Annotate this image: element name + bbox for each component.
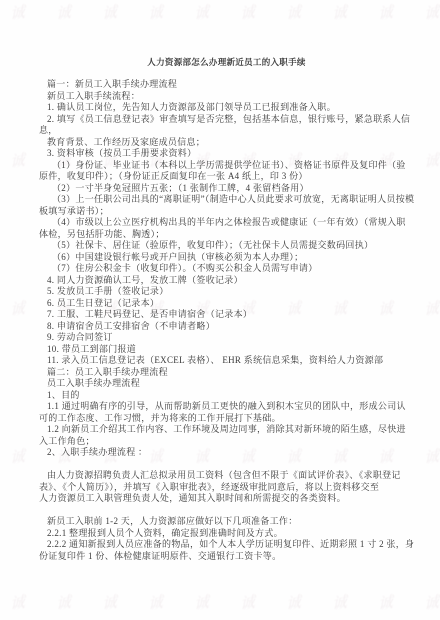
document-content: 人力资源部怎么办理新近员工的入职手续 篇一：新员工入职手续办理流程新员工入职手续… [0, 56, 440, 562]
watermark-glyph: 诚 [378, 1, 394, 25]
text-line: （2）一寸半身免冠照片五张；（1 张制作工牌，4 张留档备用） [31, 183, 422, 195]
text-line: 2.2.1 整理报到人员个人资料，确定报到准确时间及方式。 [31, 528, 422, 540]
text-line: 11. 录入员工信息登记表（EXCEL 表格）、 EHR 系统信息采集，资料给人… [31, 355, 422, 367]
text-line: 5. 发放员工手册（签收记录） [31, 286, 422, 298]
text-line: 教育背景、工作经历及家庭成员信息； [31, 137, 422, 149]
text-line: 体检，另包括肝功能、胸透）； [31, 229, 422, 241]
text-line: （4）市级以上公立医疗机构出具的半年内之体检报告或健康证（一年有效）（常规入职 [31, 217, 422, 229]
text-line: 1、目的 [31, 390, 422, 402]
text-line: 表》、《个人简历》），并填写《入职审批表》，经逐级审批同意后，将以上资料移交至 [31, 482, 422, 494]
text-line: 新员工入职手续流程： [31, 91, 422, 103]
text-line: 6. 员工生日登记（记录本） [31, 298, 422, 310]
text-line: 入工作角色； [31, 436, 422, 448]
text-line: 原件，收复印件）；（身份证正反面复印在一张 A4 纸上，印 3 份） [31, 171, 422, 183]
watermark-glyph: 诚 [378, 591, 394, 615]
text-line: 人力资源员工入职管理负责人处，通知其入职时间和所需提交的各类资料。 [31, 493, 422, 505]
text-line: 1.2 向新员工介绍其工作内容、工作环境及周边同事，消除其对新环境的陌生感，尽快… [31, 424, 422, 436]
text-line: 8. 申请宿舍员工安排宿舍（不申请者略） [31, 321, 422, 333]
text-line: （7）住房公积金卡（收复印件）。（不购买公积金人员需写申请） [31, 263, 422, 275]
watermark-glyph: 诚 [56, 1, 72, 25]
blank-line [31, 459, 422, 471]
watermark-glyph: 诚 [148, 591, 164, 615]
text-line: 息， [31, 125, 422, 137]
text-line: 篇二：员工入职手续办理流程 [31, 367, 422, 379]
text-line: 4. 同人力资源确认工号，发放工牌（签收记录） [31, 275, 422, 287]
text-line: 2、入职手续办理流程 ： [31, 447, 422, 459]
watermark-glyph: 诚 [102, 591, 118, 615]
text-line: （6）中国建设银行帐号或开户回执（审核必须为本人办理）； [31, 252, 422, 264]
document-title: 人力资源部怎么办理新近员工的入职手续 [31, 56, 422, 68]
watermark-glyph: 诚 [424, 591, 440, 615]
document-page: 诚诚诚诚诚诚诚诚诚诚诚诚诚诚诚诚诚诚诚诚诚诚诚诚诚诚诚诚诚诚诚诚诚诚诚诚诚诚诚诚… [0, 0, 440, 620]
text-line: 板填写承诺书）； [31, 206, 422, 218]
watermark-glyph: 诚 [102, 1, 118, 25]
watermark-glyph: 诚 [286, 591, 302, 615]
text-line: 由人力资源招聘负责人汇总拟录用员工资料（包含但不限于《面试评价表》、《求职登记 [31, 470, 422, 482]
text-line: （3）上一任职公司出具的“离职证明”（制造中心人员此要求可放宽，无离职证明人员按… [31, 194, 422, 206]
watermark-glyph: 诚 [240, 1, 256, 25]
text-line: 份证复印件 1 份、体检健康证明原件、交通银行工资卡等。 [31, 551, 422, 563]
text-line: 员工入职手续办理流程 [31, 378, 422, 390]
text-line: 10. 带员工到部门报道 [31, 344, 422, 356]
text-line: （1）身份证、毕业证书（本科以上学历需提供学位证书）、资格证书原件及复印件（验 [31, 160, 422, 172]
watermark-glyph: 诚 [332, 1, 348, 25]
blank-line [31, 505, 422, 517]
watermark-glyph: 诚 [56, 591, 72, 615]
watermark-glyph: 诚 [424, 1, 440, 25]
text-line: 篇一：新员工入职手续办理流程 [31, 79, 422, 91]
watermark-glyph: 诚 [286, 1, 302, 25]
text-line: 7. 工服、工鞋尺码登记、是否申请宿舍（记录本） [31, 309, 422, 321]
watermark-glyph: 诚 [194, 1, 210, 25]
text-line: 2.2.2 通知新报到人员应准备的物品，如个人本人学历证明复印件、近期彩照 1 … [31, 539, 422, 551]
document-body: 篇一：新员工入职手续办理流程新员工入职手续流程：1. 确认员工岗位，先告知人力资… [31, 79, 422, 562]
watermark-glyph: 诚 [10, 591, 26, 615]
text-line: 1. 确认员工岗位，先告知人力资源部及部门领导员工已报到准备入职。 [31, 102, 422, 114]
watermark-glyph: 诚 [148, 1, 164, 25]
text-line: 1.1 通过明确有序的引导，从而帮助新员工更快的融入到积木宝贝的团队中，形成公司… [31, 401, 422, 413]
text-line: 3. 资料审核（按员工手册要求资料） [31, 148, 422, 160]
text-line: 9. 劳动合同签订 [31, 332, 422, 344]
text-line: 新员工入职前 1-2 天，人力资源部应做好以下几项准备工作： [31, 516, 422, 528]
text-line: 2. 填写《员工信息登记表》审查填写是否完整，包括基本信息，银行账号，紧急联系人… [31, 114, 422, 126]
watermark-glyph: 诚 [240, 591, 256, 615]
watermark-glyph: 诚 [10, 1, 26, 25]
watermark-glyph: 诚 [194, 591, 210, 615]
watermark-glyph: 诚 [332, 591, 348, 615]
text-line: 可的工作态度、工作习惯，并为将来的工作开展打下基础。 [31, 413, 422, 425]
text-line: （5）社保卡、居住证（验原件，收复印件）；（无社保卡人员需提交数码回执） [31, 240, 422, 252]
